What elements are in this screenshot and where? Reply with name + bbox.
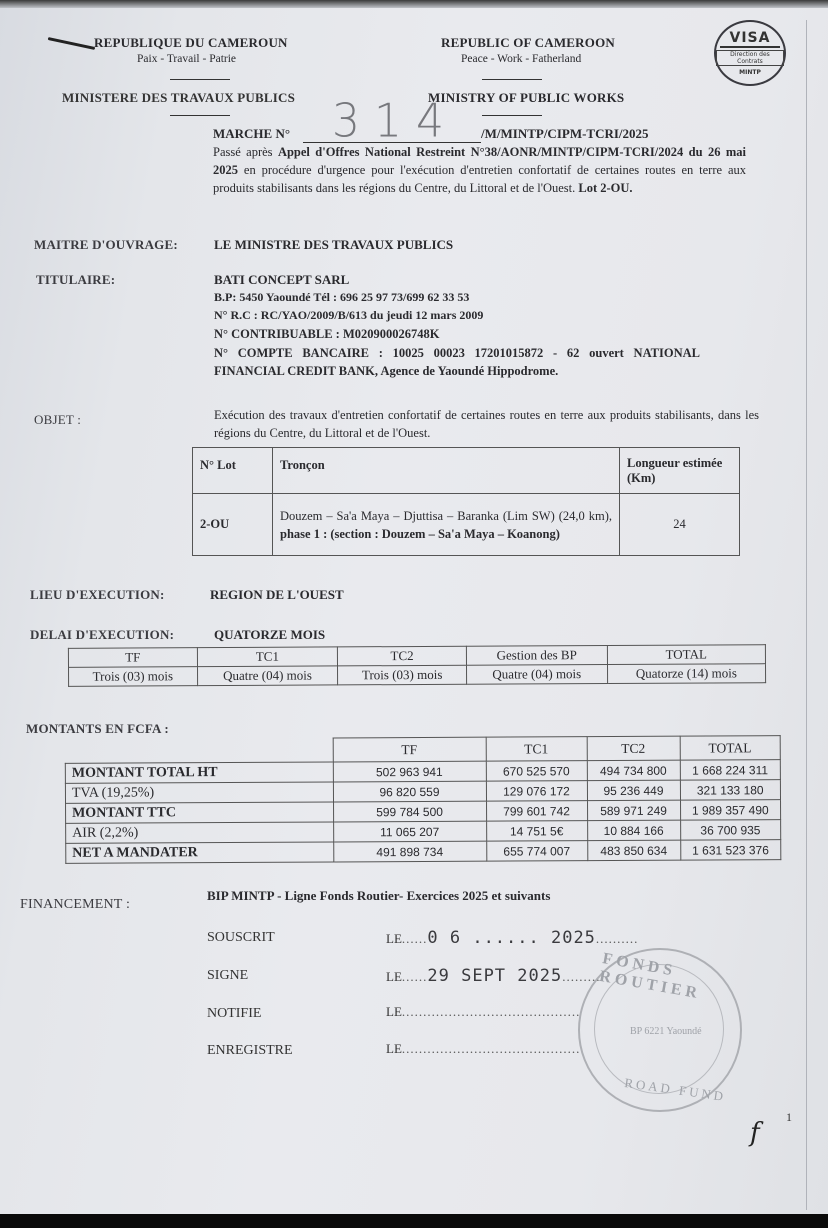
contract-intro: Passé après Appel d'Offres National Rest…	[213, 143, 746, 197]
amount-cell: 494 734 800	[587, 760, 680, 780]
titulaire-compte: N° COMPTE BANCAIRE : 10025 00023 1720101…	[214, 344, 700, 380]
fr-country: REPUBLIQUE DU CAMEROUN	[94, 35, 288, 51]
table-row: NET A MANDATER491 898 734655 774 007483 …	[66, 840, 781, 864]
signature-initial: f	[750, 1118, 760, 1148]
amount-cell: 491 898 734	[333, 841, 486, 862]
row-label: TVA (19,25%)	[65, 782, 333, 803]
amount-cell: 1 668 224 311	[680, 760, 781, 781]
delai-table: TF TC1 TC2 Gestion des BP TOTAL Trois (0…	[68, 644, 766, 687]
paper-edge	[806, 20, 807, 1210]
document-page: REPUBLIQUE DU CAMEROUN Paix - Travail - …	[0, 0, 828, 1214]
titulaire-contribuable: N° CONTRIBUABLE : M020900026748K	[214, 327, 440, 342]
amount-cell: 589 971 249	[587, 800, 680, 820]
amount-cell: 799 601 742	[486, 801, 587, 822]
montants-label: MONTANTS EN FCFA :	[26, 721, 169, 737]
date-field-souscrit: LE......0 6 ...... 2025..........	[386, 928, 636, 948]
row-label: NET A MANDATER	[66, 842, 334, 863]
page-mark: 1	[786, 1110, 792, 1125]
en-motto: Peace - Work - Fatherland	[461, 53, 581, 65]
date-label-notifie: NOTIFIE	[207, 1006, 261, 1022]
amount-cell: 670 525 570	[486, 761, 587, 782]
marche-suffix: /M/MINTP/CIPM-TCRI/2025	[481, 126, 649, 142]
stamped-date: 0 6 ...... 2025	[427, 928, 596, 948]
row-label: AIR (2,2%)	[66, 822, 334, 843]
lieu-label: LIEU D'EXECUTION:	[30, 587, 165, 603]
titulaire-label: TITULAIRE:	[36, 272, 115, 288]
amount-cell: 11 065 207	[333, 821, 486, 842]
amount-cell: 502 963 941	[333, 761, 486, 782]
objet-label: OBJET :	[34, 412, 81, 428]
date-label-souscrit: SOUSCRIT	[207, 930, 275, 946]
amount-cell: 95 236 449	[587, 780, 680, 800]
marche-number: 314	[332, 95, 458, 149]
amount-cell: 655 774 007	[486, 841, 587, 862]
road-fund-stamp: FONDS ROUTIER BP 6221 Yaoundé ROAD FUND	[578, 948, 742, 1112]
lieu-value: REGION DE L'OUEST	[210, 587, 344, 603]
amount-cell: 96 820 559	[333, 781, 486, 802]
delai-value: QUATORZE MOIS	[214, 627, 325, 643]
amount-cell: 599 784 500	[333, 801, 486, 822]
maitre-ouvrage-value: LE MINISTRE DES TRAVAUX PUBLICS	[214, 237, 453, 253]
table-row: Trois (03) mois Quatre (04) mois Trois (…	[69, 664, 766, 687]
objet-text: Exécution des travaux d'entretien confor…	[214, 406, 759, 442]
lot-table: N° Lot Tronçon Longueur estimée (Km) 2-O…	[192, 447, 740, 556]
amount-cell: 129 076 172	[486, 781, 587, 802]
montants-table: TF TC1 TC2 TOTAL MONTANT TOTAL HT502 963…	[65, 735, 782, 864]
amount-cell: 1 989 357 490	[680, 800, 781, 821]
table-row: 2-OU Douzem – Sa'a Maya – Djuttisa – Bar…	[193, 494, 740, 556]
date-label-enregistre: ENREGISTRE	[207, 1043, 293, 1059]
fr-ministry: MINISTERE DES TRAVAUX PUBLICS	[62, 90, 295, 106]
titulaire-rc: N° R.C : RC/YAO/2009/B/613 du jeudi 12 m…	[214, 308, 483, 323]
amount-cell: 36 700 935	[680, 820, 781, 841]
stamped-date: 29 SEPT 2025	[427, 966, 562, 986]
amount-cell: 10 884 166	[587, 820, 680, 840]
financement-value: BIP MINTP - Ligne Fonds Routier- Exercic…	[207, 888, 550, 904]
amount-cell: 1 631 523 376	[680, 840, 781, 861]
amount-cell: 321 133 180	[680, 780, 781, 801]
financement-label: FINANCEMENT :	[20, 897, 130, 913]
row-label: MONTANT TTC	[66, 802, 334, 823]
date-label-signe: SIGNE	[207, 968, 248, 984]
amount-cell: 483 850 634	[587, 840, 680, 860]
photo-top-edge	[0, 0, 828, 8]
titulaire-name: BATI CONCEPT SARL	[214, 272, 349, 288]
marche-label: MARCHE N°	[213, 126, 290, 142]
amount-cell: 14 751 5€	[486, 821, 587, 842]
delai-label: DELAI D'EXECUTION:	[30, 627, 174, 643]
en-country: REPUBLIC OF CAMEROON	[441, 35, 615, 51]
fr-motto: Paix - Travail - Patrie	[137, 53, 236, 65]
photo-bottom-edge	[0, 1214, 828, 1228]
visa-stamp: VISA Direction des Contrats MINTP	[714, 20, 786, 86]
titulaire-bp: B.P: 5450 Yaoundé Tél : 696 25 97 73/699…	[214, 290, 469, 305]
maitre-ouvrage-label: MAITRE D'OUVRAGE:	[34, 237, 178, 253]
row-label: MONTANT TOTAL HT	[65, 762, 333, 783]
pen-stroke	[48, 37, 96, 50]
